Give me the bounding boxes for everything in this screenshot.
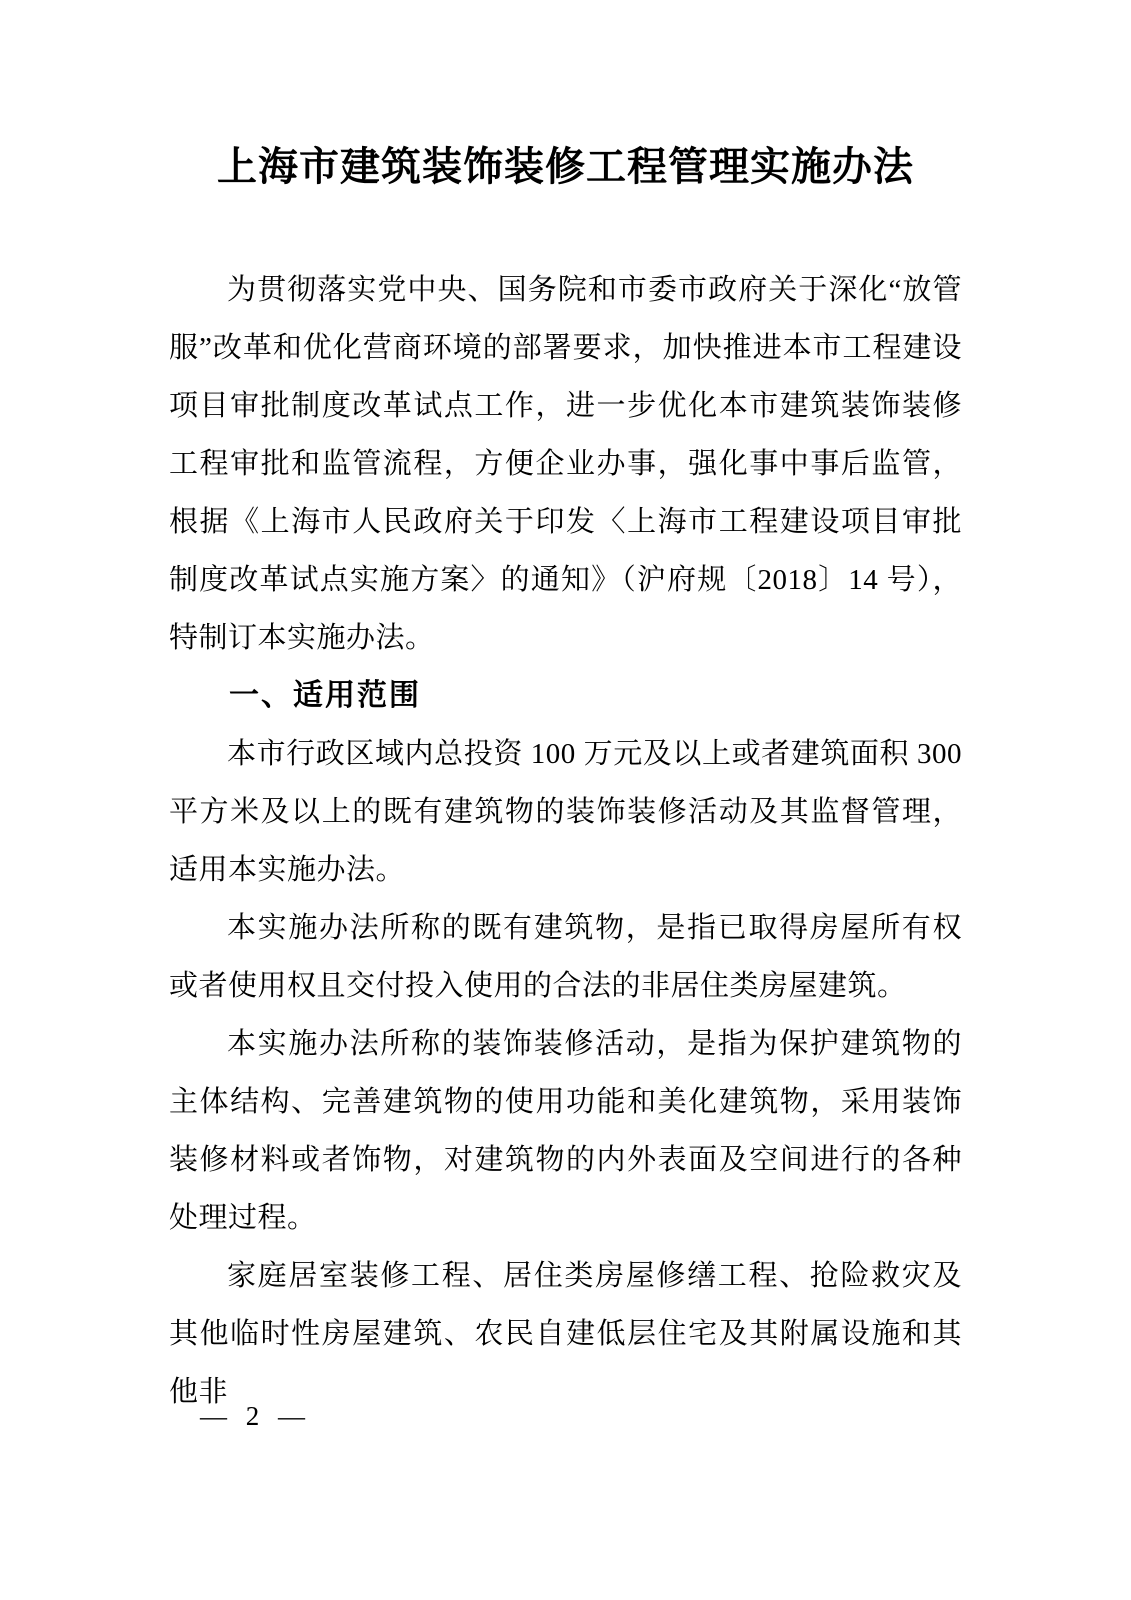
intro-paragraph: 为贯彻落实党中央、国务院和市委市政府关于深化“放管服”改革和优化营商环境的部署要… <box>169 261 962 667</box>
body-paragraph: 本实施办法所称的装饰装修活动，是指为保护建筑物的主体结构、完善建筑物的使用功能和… <box>169 1015 962 1247</box>
document-page: 上海市建筑装饰装修工程管理实施办法 为贯彻落实党中央、国务院和市委市政府关于深化… <box>0 0 1131 1600</box>
page-number: — 2 — <box>200 1396 311 1436</box>
document-content: 上海市建筑装饰装修工程管理实施办法 为贯彻落实党中央、国务院和市委市政府关于深化… <box>169 138 962 1421</box>
body-paragraph: 本实施办法所称的既有建筑物，是指已取得房屋所有权或者使用权且交付投入使用的合法的… <box>169 899 962 1015</box>
document-title: 上海市建筑装饰装修工程管理实施办法 <box>169 138 962 196</box>
body-paragraph: 家庭居室装修工程、居住类房屋修缮工程、抢险救灾及其他临时性房屋建筑、农民自建低层… <box>169 1247 962 1421</box>
body-paragraph: 本市行政区域内总投资 100 万元及以上或者建筑面积 300 平方米及以上的既有… <box>169 725 962 899</box>
section-heading-scope: 一、适用范围 <box>169 667 962 725</box>
